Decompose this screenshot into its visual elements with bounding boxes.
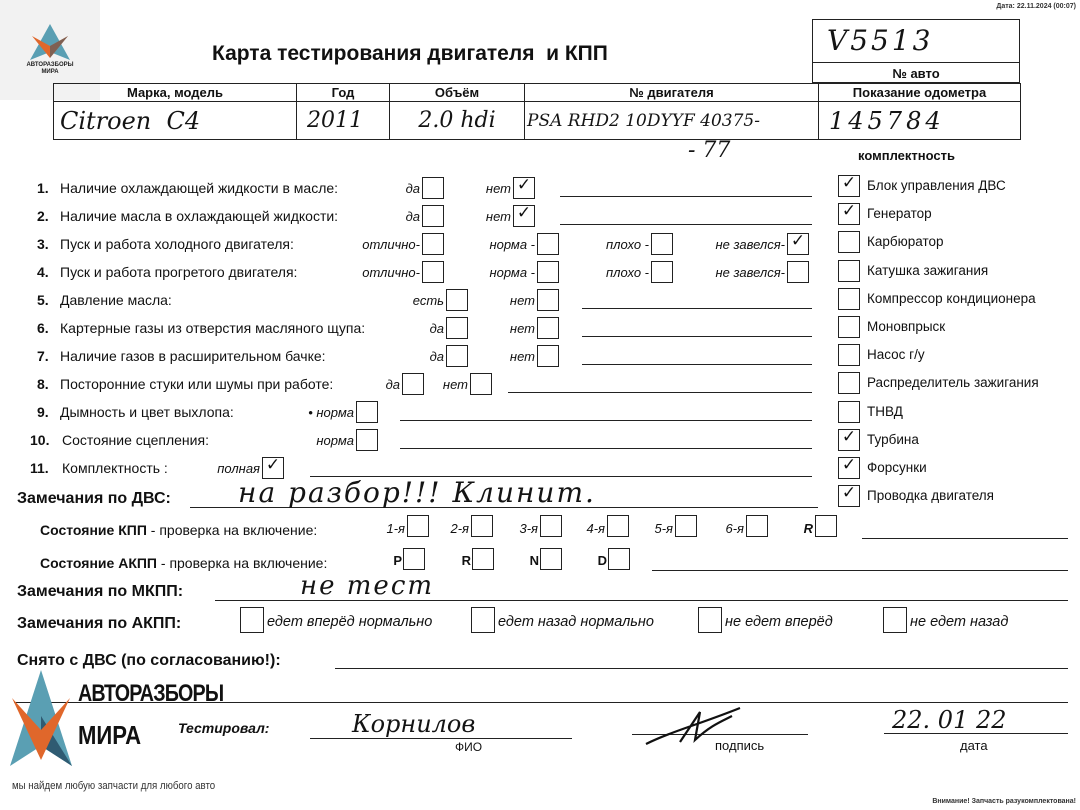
check-option-box[interactable] <box>537 345 559 367</box>
manual-gearbox-label: Состояние КПП - проверка на включение: <box>40 522 317 538</box>
check-option-label: нет <box>443 377 468 392</box>
kit-item-label: Насос г/у <box>867 347 925 362</box>
logo-icon <box>28 22 72 62</box>
gear-label: 2-я <box>450 521 469 536</box>
kit-item-box[interactable]: ✓ <box>838 175 860 197</box>
auto-gearbox-label-bold: Состояние АКПП <box>40 555 157 571</box>
check-notes-line <box>400 420 812 421</box>
kit-item-box[interactable] <box>838 231 860 253</box>
gear-label: 5-я <box>654 521 673 536</box>
check-label: Наличие масла в охлаждающей жидкости: <box>60 208 338 224</box>
check-option-box[interactable] <box>356 429 378 451</box>
page-title: Карта тестирования двигателя и КПП <box>212 42 608 66</box>
akpp-option-box[interactable] <box>883 607 907 633</box>
value-brand[interactable]: Citroen C4 <box>54 102 297 140</box>
check-number: 3. <box>37 236 49 252</box>
mkpp-remarks-label: Замечания по МКПП: <box>17 583 183 601</box>
value-odometer[interactable]: 145784 <box>819 102 1021 140</box>
kit-item-label: Распределитель зажигания <box>867 375 1039 390</box>
check-notes-line <box>582 308 812 309</box>
removed-line <box>335 668 1068 669</box>
check-number: 4. <box>37 264 49 280</box>
akpp-option-box[interactable] <box>471 607 495 633</box>
manual-gearbox-line <box>862 538 1068 539</box>
check-label: Посторонние стуки или шумы при работе: <box>60 376 333 392</box>
kit-header: комплектность <box>858 148 955 163</box>
auto-number-label: № авто <box>813 66 1019 81</box>
check-option-box[interactable] <box>787 261 809 283</box>
gear-box[interactable] <box>746 515 768 537</box>
check-option-box[interactable] <box>422 205 444 227</box>
engine-number-continuation: - 77 <box>688 138 730 163</box>
check-notes-line <box>508 392 812 393</box>
check-number: 10. <box>30 432 49 448</box>
gear-label: 1-я <box>386 521 405 536</box>
gear-box[interactable] <box>607 515 629 537</box>
check-number: 6. <box>37 320 49 336</box>
check-option-label: отлично- <box>362 265 420 280</box>
check-option-box[interactable]: ✓ <box>513 205 535 227</box>
check-option-box[interactable] <box>422 233 444 255</box>
akpp-option-label: не едет вперёд <box>725 614 833 630</box>
kit-item-box[interactable] <box>838 401 860 423</box>
check-option-box[interactable] <box>651 261 673 283</box>
kit-item-box[interactable]: ✓ <box>838 485 860 507</box>
check-mark-icon: ✓ <box>839 483 859 503</box>
akpp-option-box[interactable] <box>698 607 722 633</box>
header-odometer: Показание одометра <box>819 84 1021 102</box>
check-notes-line <box>560 224 812 225</box>
check-notes-line <box>560 196 812 197</box>
check-mark-icon: ✓ <box>839 201 859 221</box>
header-brand: Марка, модель <box>54 84 297 102</box>
brand-logo-icon <box>8 668 74 768</box>
check-option-label: нет <box>486 209 511 224</box>
check-option-label: норма <box>316 433 354 448</box>
gear-label: 4-я <box>586 521 605 536</box>
check-label: Наличие газов в расширительном бачке: <box>60 348 326 364</box>
kit-item-label: Компрессор кондиционера <box>867 291 1036 306</box>
akpp-option-label: едет назад нормально <box>498 614 654 630</box>
kit-item-label: Моновпрыск <box>867 319 945 334</box>
gear-label: R <box>462 553 471 568</box>
check-mark-icon: ✓ <box>263 455 283 475</box>
gear-box[interactable] <box>540 515 562 537</box>
value-year[interactable]: 2011 <box>297 102 390 140</box>
check-option-label: не завелся- <box>715 237 785 252</box>
check-mark-icon: ✓ <box>839 455 859 475</box>
akpp-option-box[interactable] <box>240 607 264 633</box>
check-option-label: • норма <box>308 405 354 420</box>
check-mark-icon: ✓ <box>788 231 808 251</box>
check-option-label: нет <box>486 181 511 196</box>
date-caption: дата <box>960 738 988 753</box>
check-label: Давление масла: <box>60 292 172 308</box>
gear-box[interactable] <box>608 548 630 570</box>
print-date: Дата: 22.11.2024 (00:07) <box>996 3 1076 10</box>
check-number: 1. <box>37 180 49 196</box>
check-option-box[interactable] <box>651 233 673 255</box>
kit-item-label: Карбюратор <box>867 234 944 249</box>
check-label: Картерные газы из отверстия масляного щу… <box>60 320 365 336</box>
gear-label: 6-я <box>725 521 744 536</box>
check-mark-icon: ✓ <box>514 203 534 223</box>
check-option-box[interactable] <box>356 401 378 423</box>
kit-item-box[interactable]: ✓ <box>838 457 860 479</box>
check-option-box[interactable] <box>446 317 468 339</box>
check-option-label: есть <box>413 293 444 308</box>
auto-number-value[interactable]: V5513 <box>827 24 933 57</box>
auto-gearbox-line <box>652 570 1068 571</box>
check-number: 5. <box>37 292 49 308</box>
check-option-box[interactable]: ✓ <box>787 233 809 255</box>
value-engine-number[interactable]: PSA RHD2 10DYYF 40375- <box>525 102 819 140</box>
check-option-label: да <box>430 321 444 336</box>
check-label: Состояние сцепления: <box>62 432 209 448</box>
tester-label: Тестировал: <box>178 720 269 736</box>
manual-gearbox-label-rest: - проверка на включение: <box>147 522 317 538</box>
check-label: Пуск и работа холодного двигателя: <box>60 236 294 252</box>
engine-remarks-value[interactable]: на разбор!!! Клинит. <box>238 476 596 509</box>
kit-item-label: Проводка двигателя <box>867 488 994 503</box>
kit-item-label: Блок управления ДВС <box>867 178 1006 193</box>
gear-box[interactable] <box>403 548 425 570</box>
header-engine-number: № двигателя <box>525 84 819 102</box>
kit-item-box[interactable]: ✓ <box>838 429 860 451</box>
tester-name-line <box>310 738 572 739</box>
gear-box[interactable] <box>815 515 837 537</box>
footer-warning: Внимание! Запчасть разукомплектована! <box>932 798 1076 805</box>
kit-item-label: Турбина <box>867 432 919 447</box>
check-option-box[interactable] <box>402 373 424 395</box>
kit-item-box[interactable] <box>838 288 860 310</box>
brand-logo-line1: АВТОРАЗБОРЫ <box>78 680 223 708</box>
auto-gearbox-label-rest: - проверка на включение: <box>157 555 327 571</box>
brand-slogan: мы найдем любую запчасти для любого авто <box>12 780 215 792</box>
check-option-label: плохо - <box>606 265 649 280</box>
check-option-box[interactable] <box>537 317 559 339</box>
check-option-box[interactable] <box>422 261 444 283</box>
gear-label: R <box>804 521 813 536</box>
check-number: 8. <box>37 376 49 392</box>
check-notes-line <box>582 336 812 337</box>
gear-box[interactable] <box>675 515 697 537</box>
check-option-label: да <box>406 181 420 196</box>
kit-item-label: Генератор <box>867 206 932 221</box>
check-option-box[interactable]: ✓ <box>513 177 535 199</box>
auto-number-box: V5513 № авто <box>812 19 1020 83</box>
check-option-box[interactable] <box>422 177 444 199</box>
check-label: Пуск и работа прогретого двигателя: <box>60 264 297 280</box>
kit-item-box[interactable] <box>838 372 860 394</box>
check-option-box[interactable] <box>446 289 468 311</box>
vehicle-table: Марка, модель Год Объём № двигателя Пока… <box>53 83 1021 140</box>
manual-gearbox-label-bold: Состояние КПП <box>40 522 147 538</box>
akpp-option-label: не едет назад <box>910 614 1008 630</box>
check-option-label: нет <box>510 293 535 308</box>
check-option-label: полная <box>217 461 260 476</box>
kit-item-box[interactable]: ✓ <box>838 203 860 225</box>
brand-logo-line2: МИРА <box>78 720 141 751</box>
corner-logo-line2: МИРА <box>0 69 100 75</box>
value-volume[interactable]: 2.0 hdi <box>390 102 525 140</box>
mkpp-remarks-value[interactable]: не тест <box>300 571 434 601</box>
gear-box[interactable] <box>471 515 493 537</box>
gear-box[interactable] <box>472 548 494 570</box>
check-option-box[interactable] <box>470 373 492 395</box>
tester-name-value[interactable]: Корнилов <box>352 710 475 738</box>
signature-caption: подпись <box>715 738 764 753</box>
header-volume: Объём <box>390 84 525 102</box>
check-option-label: норма - <box>489 265 535 280</box>
check-option-label: не завелся- <box>715 265 785 280</box>
check-mark-icon: ✓ <box>514 175 534 195</box>
check-label: Дымность и цвет выхлопа: <box>60 404 234 420</box>
check-notes-line <box>582 364 812 365</box>
check-option-box[interactable] <box>537 261 559 283</box>
check-mark-icon: ✓ <box>839 427 859 447</box>
check-option-label: да <box>430 349 444 364</box>
check-label: Наличие охлаждающей жидкости в масле: <box>60 180 338 196</box>
check-option-box[interactable] <box>537 233 559 255</box>
check-mark-icon: ✓ <box>839 173 859 193</box>
tester-date-value[interactable]: 22. 01 22 <box>892 706 1007 734</box>
check-option-box[interactable] <box>537 289 559 311</box>
gear-label: 3-я <box>519 521 538 536</box>
check-option-label: нет <box>510 321 535 336</box>
check-number: 11. <box>30 460 49 476</box>
check-number: 7. <box>37 348 49 364</box>
tester-name-caption: ФИО <box>455 740 482 754</box>
check-number: 9. <box>37 404 49 420</box>
akpp-option-label: едет вперёд нормально <box>267 614 432 630</box>
check-option-label: плохо - <box>606 237 649 252</box>
check-option-label: да <box>386 377 400 392</box>
check-option-label: нет <box>510 349 535 364</box>
auto-number-divider <box>813 62 1019 63</box>
engine-remarks-label: Замечания по ДВС: <box>17 490 171 508</box>
check-notes-line <box>400 448 812 449</box>
auto-gearbox-label: Состояние АКПП - проверка на включение: <box>40 555 327 571</box>
akpp-remarks-label: Замечания по АКПП: <box>17 615 181 633</box>
kit-item-label: Форсунки <box>867 460 927 475</box>
kit-item-box[interactable] <box>838 260 860 282</box>
check-option-label: отлично- <box>362 237 420 252</box>
check-number: 2. <box>37 208 49 224</box>
kit-item-box[interactable] <box>838 316 860 338</box>
gear-label: D <box>598 553 607 568</box>
check-label: Комплектность : <box>62 460 168 476</box>
kit-item-box[interactable] <box>838 344 860 366</box>
check-option-box[interactable] <box>446 345 468 367</box>
header-year: Год <box>297 84 390 102</box>
gear-label: P <box>393 553 402 568</box>
gear-box[interactable] <box>407 515 429 537</box>
kit-item-label: ТНВД <box>867 404 903 419</box>
check-option-label: да <box>406 209 420 224</box>
gear-label: N <box>530 553 539 568</box>
check-option-label: норма - <box>489 237 535 252</box>
gear-box[interactable] <box>540 548 562 570</box>
kit-item-label: Катушка зажигания <box>867 263 988 278</box>
corner-logo-line1: АВТОРАЗБОРЫ <box>0 62 100 68</box>
